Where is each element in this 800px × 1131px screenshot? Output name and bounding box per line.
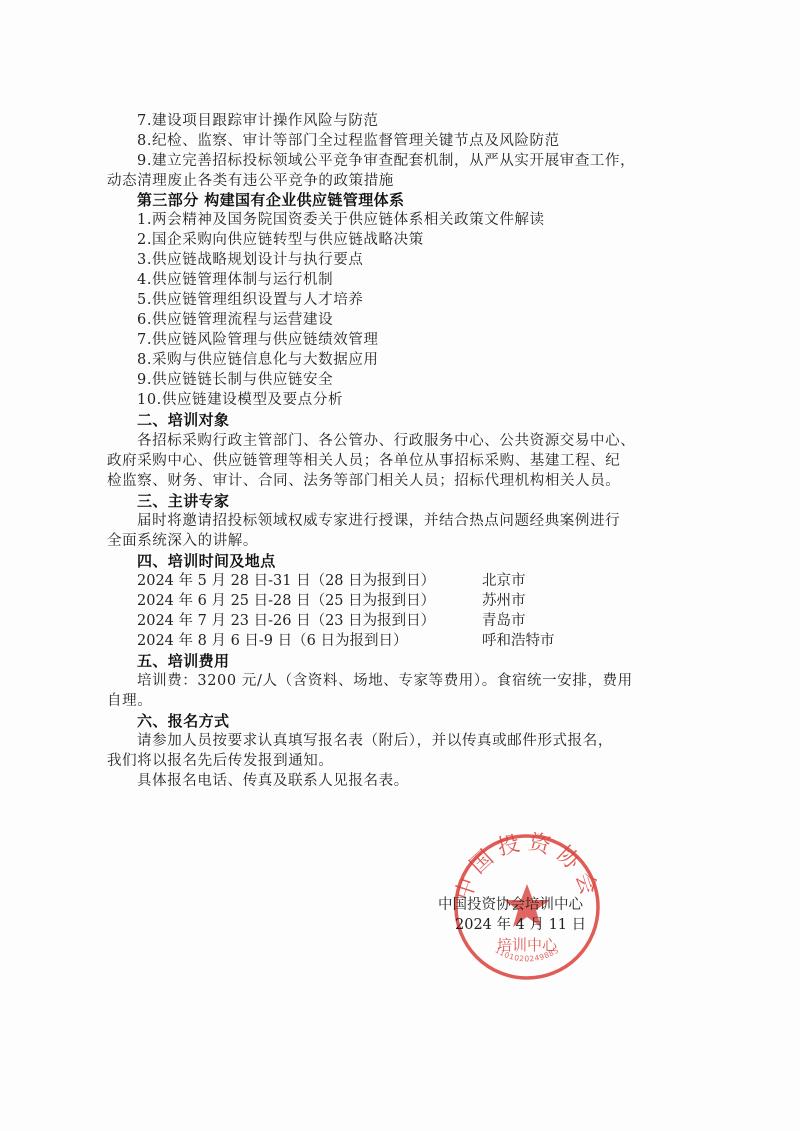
- list-item: 10.供应链建设模型及要点分析: [137, 390, 343, 410]
- paragraph-line: 各招标采购行政主管部门、各公管办、行政服务中心、公共资源交易中心、: [137, 431, 635, 451]
- list-item: 8.纪检、监察、审计等部门全过程监督管理关键节点及风险防范: [137, 131, 560, 151]
- paragraph-line: 我们将以报名先后传发报到通知。: [107, 751, 334, 771]
- section-heading-fees: 五、培训费用: [137, 651, 229, 671]
- schedule-date: 2024 年 6 月 25 日-28 日（25 日为报到日）: [137, 593, 435, 609]
- list-item: 7.建设项目跟踪审计操作风险与防范: [137, 111, 379, 131]
- paragraph-line: 自理。: [107, 691, 152, 711]
- section-heading-registration: 六、报名方式: [137, 711, 229, 731]
- signature-org: 中国投资协会培训中心: [438, 895, 583, 915]
- list-item: 8.采购与供应链信息化与大数据应用: [137, 350, 379, 370]
- list-item: 2.国企采购向供应链转型与供应链战略决策: [137, 230, 424, 250]
- document-page: 7.建设项目跟踪审计操作风险与防范 8.纪检、监察、审计等部门全过程监督管理关键…: [0, 0, 800, 1131]
- paragraph-line: 培训费：3200 元/人（含资料、场地、专家等费用）。食宿统一安排，费用: [137, 671, 633, 691]
- paragraph-line: 具体报名电话、传真及联系人见报名表。: [137, 771, 409, 791]
- paragraph-line: 届时将邀请招投标领域权威专家进行授课，并结合热点问题经典案例进行: [137, 511, 620, 531]
- schedule-city: 青岛市: [482, 611, 526, 631]
- list-item-continuation: 动态清理废止各类有违公平竞争的政策措施: [107, 171, 394, 191]
- schedule-city: 呼和浩特市: [482, 631, 555, 651]
- section-heading-experts: 三、主讲专家: [137, 491, 229, 511]
- list-item: 4.供应链管理体制与运行机制: [137, 270, 333, 290]
- schedule-city: 苏州市: [482, 591, 526, 611]
- schedule-row: 2024 年 8 月 6 日-9 日（6 日为报到日） 呼和浩特市: [137, 631, 407, 651]
- paragraph-line: 政府采购中心、供应链管理等相关人员；各单位从事招标采购、基建工程、纪: [107, 451, 620, 471]
- paragraph-line: 全面系统深入的讲解。: [107, 531, 258, 551]
- schedule-date: 2024 年 7 月 23 日-26 日（23 日为报到日）: [137, 613, 435, 629]
- list-item: 9.建立完善招标投标领域公平竞争审查配套机制，从严从实开展审查工作，: [137, 151, 635, 171]
- list-item: 3.供应链战略规划设计与执行要点: [137, 250, 363, 270]
- paragraph-line: 检监察、财务、审计、合同、法务等部门相关人员；招标代理机构相关人员。: [107, 471, 620, 491]
- schedule-row: 2024 年 6 月 25 日-28 日（25 日为报到日） 苏州市: [137, 591, 435, 611]
- paragraph-line: 请参加人员按要求认真填写报名表（附后），并以传真或邮件形式报名，: [137, 731, 613, 751]
- schedule-row: 2024 年 7 月 23 日-26 日（23 日为报到日） 青岛市: [137, 611, 435, 631]
- section-heading-audience: 二、培训对象: [137, 410, 229, 430]
- schedule-date: 2024 年 8 月 6 日-9 日（6 日为报到日）: [137, 633, 407, 649]
- list-item: 9.供应链链长制与供应链安全: [137, 370, 333, 390]
- list-item: 7.供应链风险管理与供应链绩效管理: [137, 330, 379, 350]
- list-item: 5.供应链管理组织设置与人才培养: [137, 290, 363, 310]
- schedule-city: 北京市: [482, 571, 526, 591]
- section-heading-schedule: 四、培训时间及地点: [137, 551, 276, 571]
- part3-title: 第三部分 构建国有企业供应链管理体系: [137, 190, 404, 210]
- schedule-date: 2024 年 5 月 28 日-31 日（28 日为报到日）: [137, 573, 435, 589]
- signature-date: 2024 年 4 月 11 日: [455, 915, 586, 935]
- schedule-row: 2024 年 5 月 28 日-31 日（28 日为报到日） 北京市: [137, 571, 435, 591]
- list-item: 1.两会精神及国务院国资委关于供应链体系相关政策文件解读: [137, 210, 545, 230]
- list-item: 6.供应链管理流程与运营建设: [137, 310, 333, 330]
